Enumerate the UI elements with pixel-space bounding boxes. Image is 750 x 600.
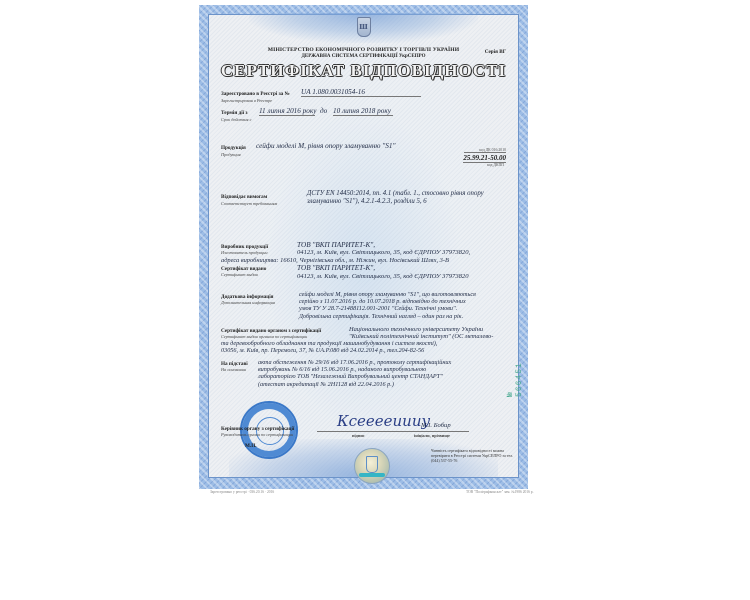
signature-block-sublabel: Руководитель органа по сертификации (221, 432, 293, 437)
manufacturer-sublabel: Изготовитель продукции (221, 250, 268, 255)
serial-number: № 566451 (506, 362, 524, 397)
hologram-emblem (366, 456, 378, 473)
additional-info-line: серійно з 11.07.2016 р. до 10.07.2018 р.… (299, 298, 519, 305)
issuing-body-line-4: 03056, м. Київ, пр. Перемоги, 37, № UA.P… (221, 347, 424, 354)
issuing-body-line-2: "Київський політехнічний інститут" (ОС м… (349, 333, 493, 340)
basis-text: акта обстеження № 29/16 від 17.06.2016 р… (258, 359, 520, 388)
validity-to-word: до (320, 107, 327, 115)
manufacturer-name: ТОВ "ВКП ПАРИТЕТ-К", (297, 241, 375, 249)
requirements-sublabel: Соответствует требованиям (221, 201, 277, 206)
signer-name: М.І. Бобир (421, 422, 451, 429)
ministry-heading: МІНІСТЕРСТВО ЕКОНОМІЧНОГО РОЗВИТКУ І ТОР… (209, 47, 518, 53)
manufacturer-address: 04123, м. Київ, вул. Світлицького, 35, к… (297, 249, 470, 256)
product-sublabel: Продукция (221, 152, 241, 157)
additional-info-line: сейфи моделі М, рівня опору зламуванню "… (299, 291, 519, 298)
series-label: Серія ВГ (485, 49, 506, 55)
basis-line: лабораторією ТОВ "Незалежний Випробуваль… (258, 373, 520, 380)
additional-info-line: умов ТУ У 28.7-21488112.001-2001 "Сейфи.… (299, 305, 519, 312)
issuing-body-sublabel: Сертификат выдан органом по сертификации (221, 334, 307, 339)
signature-glyph: Ксееееиииу (337, 412, 430, 430)
hologram-wave (359, 473, 385, 477)
validity-to: 10 липня 2018 року (333, 107, 393, 116)
registration-number: UA 1.080.0031054-16 (301, 88, 421, 97)
requirements-line: зламуванню "S1"), 4.2.1-4.2.3, розділи 5… (307, 198, 522, 206)
validity-label: Термін дії з (221, 110, 248, 116)
additional-info-line: Добровільна сертифікація. Технічний нагл… (299, 313, 519, 320)
signature-caption: підпис (352, 433, 365, 438)
basis-line: випробувань № 6/16 від 15.06.2016 р., на… (258, 366, 520, 373)
basis-sublabel: На основании (221, 367, 246, 372)
verification-notice: Чинність сертифіката відповідності можна… (431, 448, 515, 463)
hologram-trident-icon (354, 448, 390, 484)
issuing-body-line-3: та деревообробного обладнання та продукц… (221, 340, 437, 347)
certificate-title: СЕРТИФІКАТ ВІДПОВІДНОСТІ (209, 61, 518, 81)
issued-to-address: 04123, м. Київ, вул. Світлицького, 35, к… (297, 273, 469, 280)
requirements-text: ДСТУ EN 14450:2014, пп. 4.1 (табл. 1., с… (307, 190, 522, 206)
footer-right: ТОВ "Поліграфконсалт" зам. №1986 2016 р. (466, 490, 534, 494)
system-heading: ДЕРЖАВНА СИСТЕМА СЕРТИФІКАЦІЇ УкрСЕПРО (209, 54, 518, 59)
registration-label: Зареєстровано в Реєстрі за № (221, 91, 290, 97)
production-address-label: адреса виробництва: (221, 257, 279, 264)
product-code-label-top: код ДК 016:2010 (464, 148, 506, 153)
footer-left: Зареєстровано у реєстрі · 036.20.16 · 20… (210, 490, 274, 494)
certificate-body: ш МІНІСТЕРСТВО ЕКОНОМІЧНОГО РОЗВИТКУ І Т… (208, 14, 519, 478)
requirements-line: ДСТУ EN 14450:2014, пп. 4.1 (табл. 1., с… (307, 190, 522, 198)
validity-sublabel: Срок действия с (221, 117, 252, 122)
issuing-body-line-1: Національного технічного університету Ук… (349, 326, 483, 333)
name-caption: ініціали, прізвище (414, 433, 450, 438)
registration-sublabel: Зарегистрирован в Реестре (221, 98, 272, 103)
product-label: Продукція (221, 145, 246, 151)
product-code: 25.99.21-50.00 (463, 154, 506, 163)
stamp-mark: М.П. (245, 443, 257, 449)
additional-info-sublabel: Дополнительная информация (221, 300, 275, 305)
issued-to-sublabel: Сертификат выдан (221, 272, 258, 277)
name-line (409, 431, 469, 432)
issued-to-name: ТОВ "ВКП ПАРИТЕТ-К", (297, 264, 375, 272)
requirements-label: Відповідає вимогам (221, 194, 267, 200)
production-address: адреса виробництва: 16610, Чернігівська … (221, 257, 449, 264)
product-value: сейфи моделі М, рівня опору зламуванню "… (256, 142, 396, 150)
trident-icon: ш (357, 17, 371, 37)
basis-line: акта обстеження № 29/16 від 17.06.2016 р… (258, 359, 520, 366)
production-address-value: 16610, Чернігівська обл., м. Ніжин, вул.… (280, 257, 449, 264)
product-code-label-bottom: код ДКПП (487, 163, 504, 167)
additional-info-text: сейфи моделі М, рівня опору зламуванню "… (299, 291, 519, 320)
basis-line: (атестат акредитації № 2Н1128 від 22.04.… (258, 381, 520, 388)
validity-from: 11 липня 2016 року (259, 107, 315, 116)
certificate: ш МІНІСТЕРСТВО ЕКОНОМІЧНОГО РОЗВИТКУ І Т… (199, 5, 528, 489)
signature-line (317, 431, 409, 432)
